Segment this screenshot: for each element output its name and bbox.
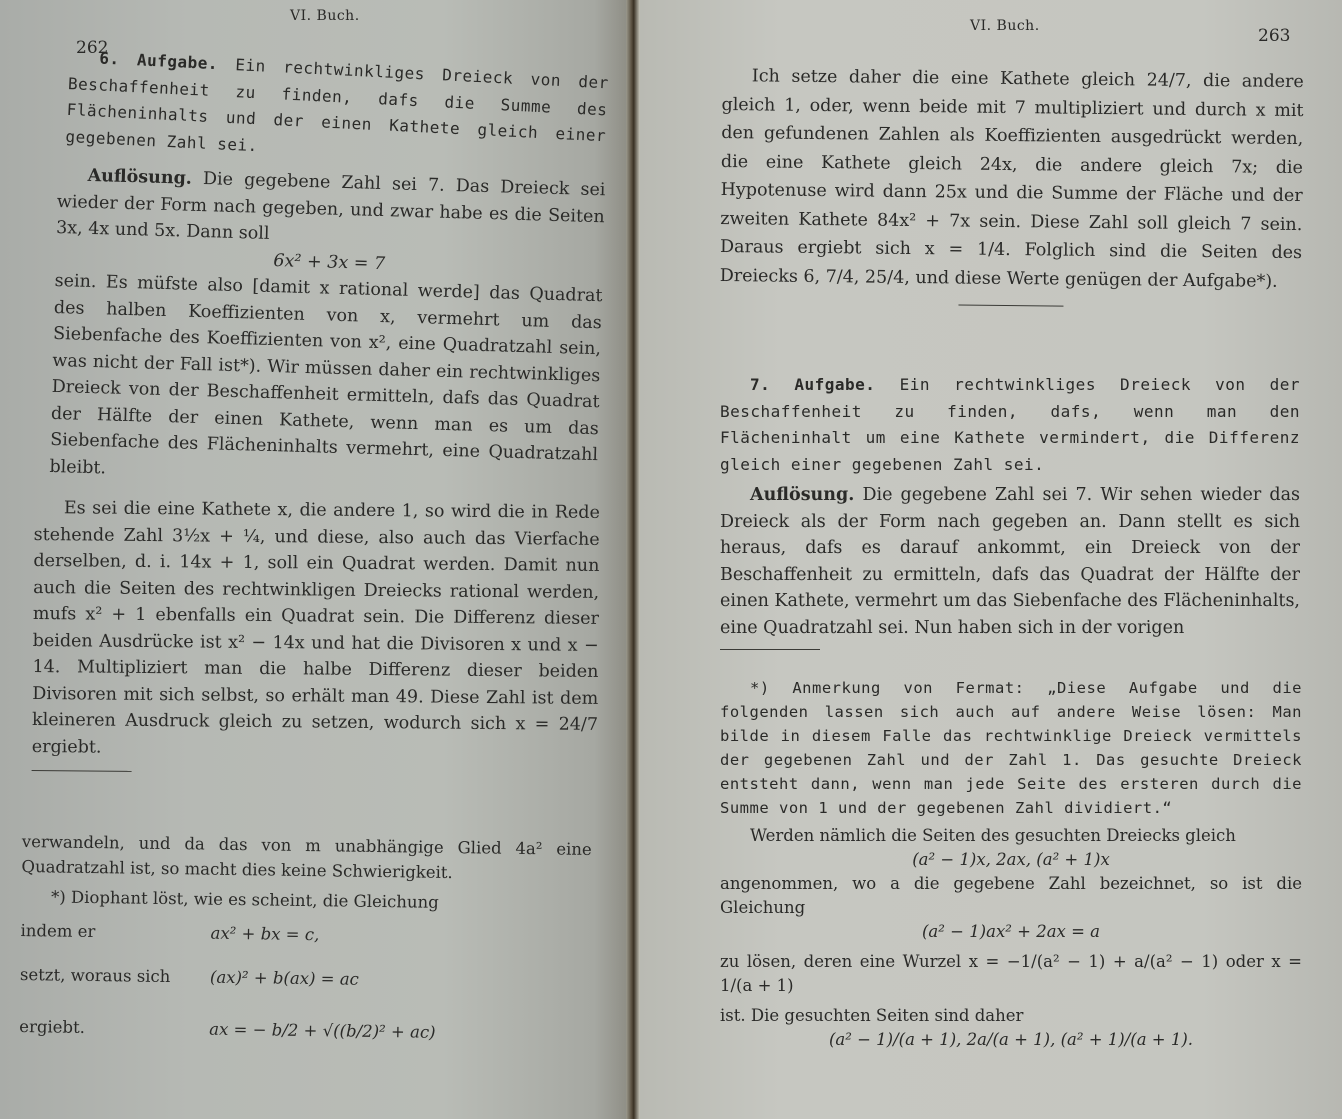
section-rule <box>958 304 1063 306</box>
footnote-p4: zu lösen, deren eine Wurzel x = −1/(a² −… <box>720 950 1302 998</box>
paragraph-3-block: Es sei die eine Kathete x, die andere 1,… <box>32 495 600 786</box>
eq-label: indem er <box>20 919 190 946</box>
paragraph-1: Ich setze daher die eine Kathete gleich … <box>720 62 1304 296</box>
problem-6-label: 6. Aufgabe. <box>99 48 219 73</box>
running-head: VI. Buch. <box>970 18 1040 34</box>
problem-6-text: Ein rechtwinkliges Dreieck von der Besch… <box>65 55 609 155</box>
eq-result: (a² − 1)/(a + 1), 2a/(a + 1), (a² + 1)/(… <box>720 1028 1302 1052</box>
footnote-eq-row: indem er ax² + bx = c, <box>20 909 591 961</box>
left-page: VI. Buch. 262 6. Aufgabe. Ein rechtwinkl… <box>0 0 632 1119</box>
eq-quadratic: (a² − 1)ax² + 2ax = a <box>720 920 1302 944</box>
problem-6: 6. Aufgabe. Ein rechtwinkliges Dreieck v… <box>65 44 610 176</box>
eq-formula: (ax)² + b(ax) = ac <box>210 966 359 993</box>
book-spine <box>626 0 640 1119</box>
eq-sides: (a² − 1)x, 2ax, (a² + 1)x <box>720 848 1302 872</box>
problem-7-block: 7. Aufgabe. Ein rechtwinkliges Dreieck v… <box>720 372 1300 658</box>
footnote-eq-row: setzt, woraus sich (ax)² + b(ax) = ac <box>20 953 591 1005</box>
footnote-block: *) Anmerkung von Fermat: „Diese Aufgabe … <box>720 676 1302 1052</box>
problem-6-block: 6. Aufgabe. Ein rechtwinkliges Dreieck v… <box>65 44 610 176</box>
solution-text: Die gegebene Zahl sei 7. Wir sehen wiede… <box>720 485 1300 638</box>
paragraph-3: Es sei die eine Kathete x, die andere 1,… <box>32 495 600 765</box>
footnote-p5: ist. Die gesuchten Seiten sind daher <box>720 1004 1302 1028</box>
page-number: 263 <box>1258 26 1290 46</box>
problem-7: 7. Aufgabe. Ein rechtwinkliges Dreieck v… <box>720 372 1300 478</box>
paragraph-1-block: Ich setze daher die eine Kathete gleich … <box>719 62 1304 321</box>
footnote-p3: angenommen, wo a die gegebene Zahl bezei… <box>720 872 1302 920</box>
fermat-footnote: *) Anmerkung von Fermat: „Diese Aufgabe … <box>720 676 1302 820</box>
footnote-continuation: verwandeln, und da das von m unabhängige… <box>21 830 592 887</box>
open-book: VI. Buch. 262 6. Aufgabe. Ein rechtwinkl… <box>0 0 1342 1119</box>
paragraph-2: sein. Es müfste also [damit x rational w… <box>49 268 603 495</box>
eq-formula: ax² + bx = c, <box>210 922 319 948</box>
footnote-rule <box>32 770 132 772</box>
solution-block: Auflösung. Die gegebene Zahl sei 7. Das … <box>49 162 606 495</box>
problem-7-label: 7. Aufgabe. <box>750 375 875 394</box>
solution-paragraph: Auflösung. Die gegebene Zahl sei 7. Das … <box>56 162 606 257</box>
solution-paragraph: Auflösung. Die gegebene Zahl sei 7. Wir … <box>720 482 1300 641</box>
right-page: VI. Buch. 263 Ich setze daher die eine K… <box>640 0 1342 1119</box>
eq-formula: ax = − b/2 + √((b/2)² + ac) <box>209 1018 436 1046</box>
eq-label: ergiebt. <box>19 1015 189 1042</box>
eq-label: setzt, woraus sich <box>20 963 190 990</box>
footnote-eq-row: ergiebt. ax = − b/2 + √((b/2)² + ac) <box>19 997 590 1065</box>
footnote-rule <box>720 649 820 650</box>
solution-label: Auflösung. <box>750 485 854 505</box>
running-head: VI. Buch. <box>290 8 360 24</box>
footnote-p2: Werden nämlich die Seiten des gesuchten … <box>720 824 1302 848</box>
footnote-block: verwandeln, und da das von m unabhängige… <box>19 830 592 1065</box>
solution-label: Auflösung. <box>87 166 192 189</box>
